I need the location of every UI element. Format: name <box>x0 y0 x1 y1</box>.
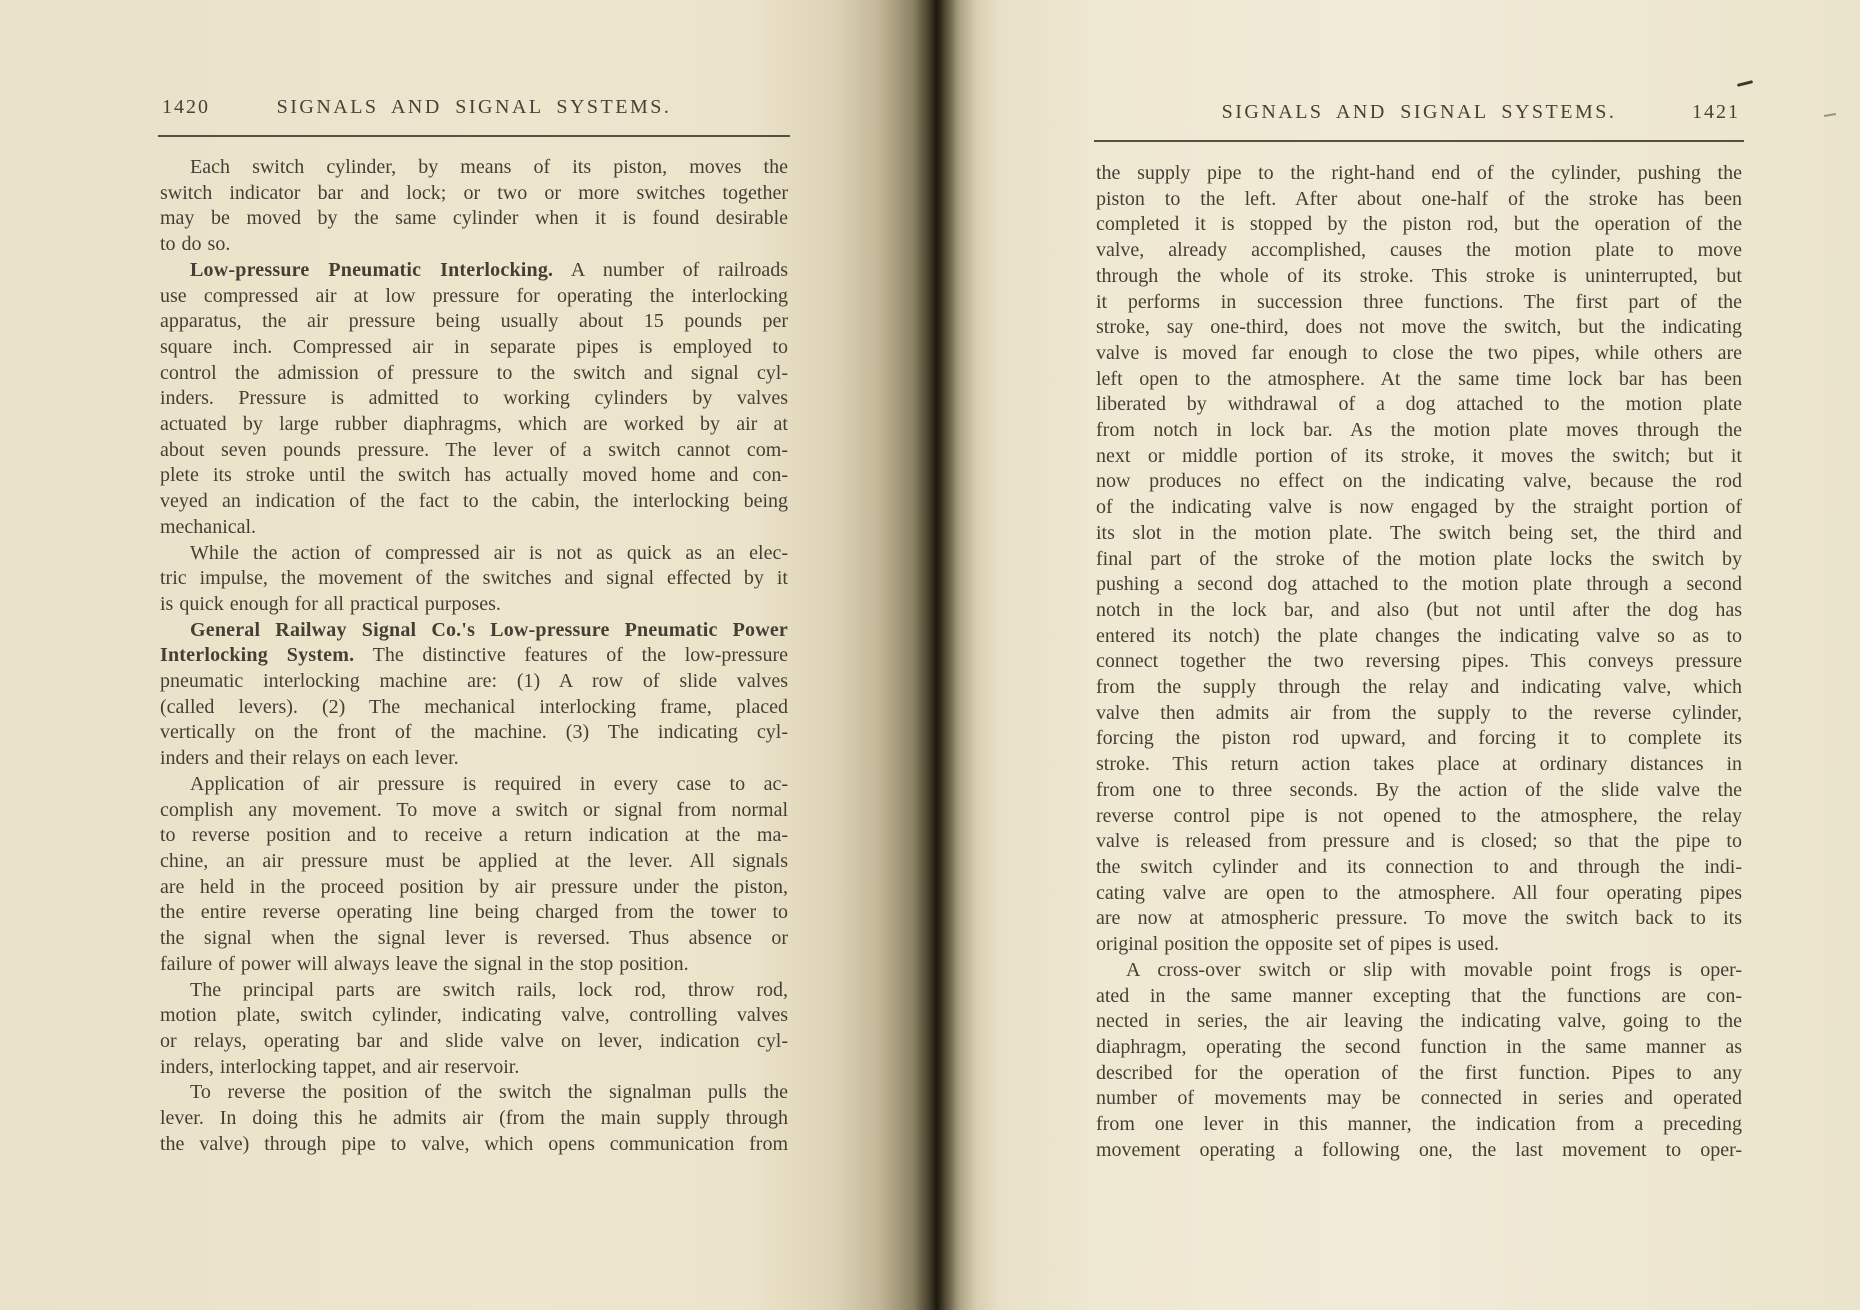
text-line: failure of power will always leave the s… <box>160 952 788 978</box>
text-line: Interlocking System. The distinctive fea… <box>160 643 788 669</box>
text-line: valve, already accomplished, causes the … <box>1096 238 1742 264</box>
text-line: through the whole of its stroke. This st… <box>1096 264 1742 290</box>
text-line: valve is moved far enough to close the t… <box>1096 341 1742 367</box>
text-line: nected in series, the air leaving the in… <box>1096 1009 1742 1035</box>
text-line: vertically on the front of the machine. … <box>160 720 788 746</box>
text-line: cating valve are open to the atmosphere.… <box>1096 881 1742 907</box>
text-line: use compressed air at low pressure for o… <box>160 284 788 310</box>
text-line: Low-pressure Pneumatic Interlocking. A n… <box>160 258 788 284</box>
text-line: movement operating a following one, the … <box>1096 1138 1742 1164</box>
book-spread: 1420 SIGNALS AND SIGNAL SYSTEMS. SIGNALS… <box>0 0 1860 1310</box>
bold-heading-lead: Low-pressure Pneumatic Interlocking. <box>190 259 553 281</box>
text-line: pushing a second dog attached to the mot… <box>1096 572 1742 598</box>
text-line: liberated by withdrawal of a dog attache… <box>1096 392 1742 418</box>
right-page-header: SIGNALS AND SIGNAL SYSTEMS. 1421 <box>1096 101 1742 124</box>
text-line: While the action of compressed air is no… <box>160 541 788 567</box>
text-line: control the admission of pressure to the… <box>160 361 788 387</box>
text-line: The principal parts are switch rails, lo… <box>160 978 788 1004</box>
text-line: from one lever in this manner, the indic… <box>1096 1112 1742 1138</box>
text-line: described for the operation of the first… <box>1096 1061 1742 1087</box>
text-line: mechanical. <box>160 515 788 541</box>
text-line: forcing the piston rod upward, and forci… <box>1096 726 1742 752</box>
line-rest: A number of railroads <box>571 259 788 281</box>
text-line: is quick enough for all practical purpos… <box>160 592 788 618</box>
text-line: stroke. This return action takes place a… <box>1096 752 1742 778</box>
text-line: Application of air pressure is required … <box>160 772 788 798</box>
text-line: actuated by large rubber diaphragms, whi… <box>160 412 788 438</box>
left-header-rule <box>158 135 790 137</box>
text-line: next or middle portion of its stroke, it… <box>1096 444 1742 470</box>
line-rest: The distinctive features of the low-pres… <box>373 644 788 666</box>
text-line: to do so. <box>160 232 788 258</box>
left-running-title: SIGNALS AND SIGNAL SYSTEMS. <box>160 96 788 119</box>
text-line: motion plate, switch cylinder, indicatin… <box>160 1003 788 1029</box>
text-line: lever. In doing this he admits air (from… <box>160 1106 788 1132</box>
bold-heading-line: General Railway Signal Co.'s Low-pressur… <box>160 618 788 644</box>
text-line: from one to three seconds. By the action… <box>1096 778 1742 804</box>
right-page-body: the supply pipe to the right-hand end of… <box>1096 161 1742 1163</box>
text-line: notch in the lock bar, and also (but not… <box>1096 598 1742 624</box>
text-line: valve is released from pressure and is c… <box>1096 829 1742 855</box>
left-page-header: 1420 SIGNALS AND SIGNAL SYSTEMS. <box>160 96 788 119</box>
text-line: pneumatic interlocking machine are: (1) … <box>160 669 788 695</box>
text-line: connect together the two reversing pipes… <box>1096 649 1742 675</box>
text-line: To reverse the position of the switch th… <box>160 1080 788 1106</box>
text-line: ated in the same manner excepting that t… <box>1096 984 1742 1010</box>
text-line: reverse control pipe is not opened to th… <box>1096 804 1742 830</box>
text-line: may be moved by the same cylinder when i… <box>160 206 788 232</box>
text-line: it performs in succession three function… <box>1096 290 1742 316</box>
book-gutter-crease <box>916 0 956 1310</box>
text-line: from the supply through the relay and in… <box>1096 675 1742 701</box>
text-line: inders. Pressure is admitted to working … <box>160 386 788 412</box>
text-line: left open to the atmosphere. At the same… <box>1096 367 1742 393</box>
bold-heading-lead: Interlocking System. <box>160 644 354 666</box>
text-line: diaphragm, operating the second function… <box>1096 1035 1742 1061</box>
text-line: stroke, say one-third, does not move the… <box>1096 315 1742 341</box>
text-line: the valve) through pipe to valve, which … <box>160 1132 788 1158</box>
left-page-body: Each switch cylinder, by means of its pi… <box>160 155 788 1157</box>
left-page-number: 1420 <box>162 96 210 119</box>
right-header-rule <box>1094 140 1744 142</box>
text-line: are held in the proceed position by air … <box>160 875 788 901</box>
text-line: the entire reverse operating line being … <box>160 900 788 926</box>
right-running-title: SIGNALS AND SIGNAL SYSTEMS. <box>1096 101 1742 124</box>
text-line: from notch in lock bar. As the motion pl… <box>1096 418 1742 444</box>
text-line: Each switch cylinder, by means of its pi… <box>160 155 788 181</box>
text-line: to reverse position and to receive a ret… <box>160 823 788 849</box>
text-line: of the indicating valve is now engaged b… <box>1096 495 1742 521</box>
text-line: entered its notch) the plate changes the… <box>1096 624 1742 650</box>
text-line: the supply pipe to the right-hand end of… <box>1096 161 1742 187</box>
text-line: chine, an air pressure must be applied a… <box>160 849 788 875</box>
text-line: now produces no effect on the indicating… <box>1096 469 1742 495</box>
text-line: inders, interlocking tappet, and air res… <box>160 1055 788 1081</box>
text-line: inders and their relays on each lever. <box>160 746 788 772</box>
text-line: complish any movement. To move a switch … <box>160 798 788 824</box>
text-line: square inch. Compressed air in separate … <box>160 335 788 361</box>
text-line: or relays, operating bar and slide valve… <box>160 1029 788 1055</box>
text-line: its slot in the motion plate. The switch… <box>1096 521 1742 547</box>
text-line: the switch cylinder and its connection t… <box>1096 855 1742 881</box>
text-line: completed it is stopped by the piston ro… <box>1096 212 1742 238</box>
text-line: A cross-over switch or slip with movable… <box>1096 958 1742 984</box>
text-line: final part of the stroke of the motion p… <box>1096 547 1742 573</box>
right-page-number: 1421 <box>1692 101 1740 124</box>
text-line: original position the opposite set of pi… <box>1096 932 1742 958</box>
text-line: tric impulse, the movement of the switch… <box>160 566 788 592</box>
text-line: apparatus, the air pressure being usuall… <box>160 309 788 335</box>
text-line: are now at atmospheric pressure. To move… <box>1096 906 1742 932</box>
text-line: switch indicator bar and lock; or two or… <box>160 181 788 207</box>
text-line: veyed an indication of the fact to the c… <box>160 489 788 515</box>
text-line: piston to the left. After about one-half… <box>1096 187 1742 213</box>
text-line: plete its stroke until the switch has ac… <box>160 463 788 489</box>
text-line: (called levers). (2) The mechanical inte… <box>160 695 788 721</box>
text-line: the signal when the signal lever is reve… <box>160 926 788 952</box>
text-line: valve then admits air from the supply to… <box>1096 701 1742 727</box>
text-line: number of movements may be connected in … <box>1096 1086 1742 1112</box>
text-line: about seven pounds pressure. The lever o… <box>160 438 788 464</box>
